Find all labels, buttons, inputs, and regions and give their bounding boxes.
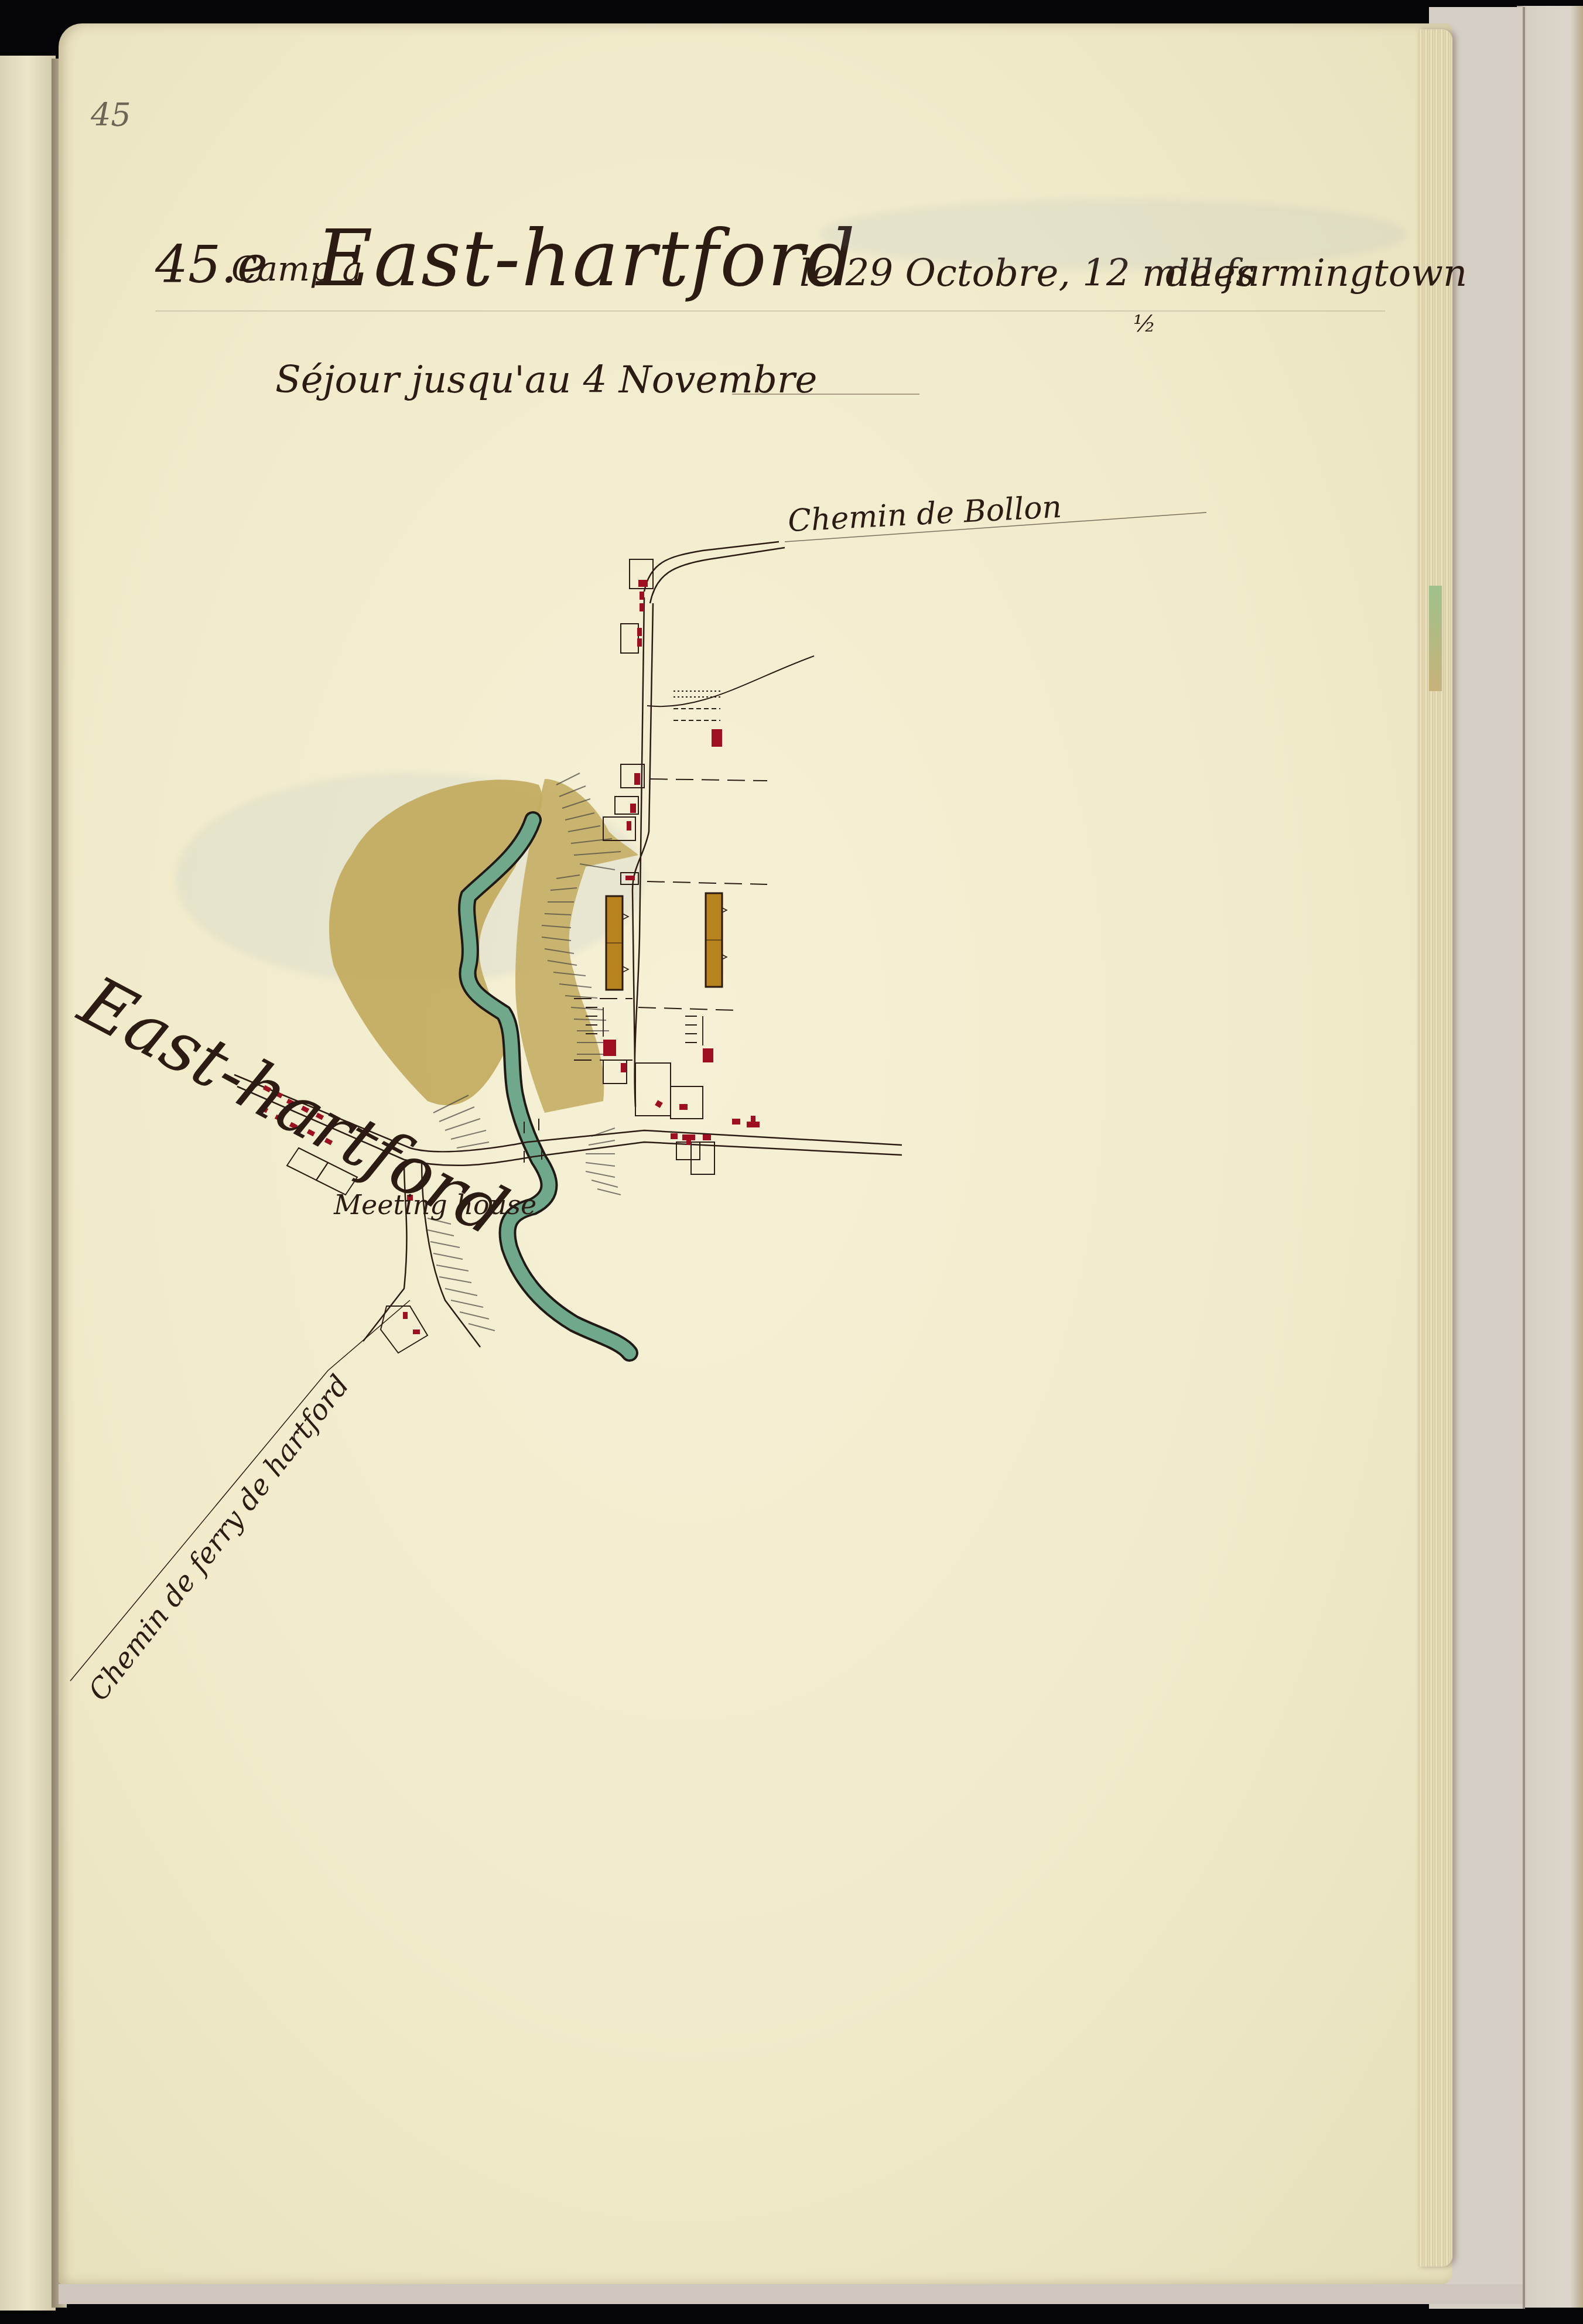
side-lane-north xyxy=(647,656,814,706)
road-bollon xyxy=(644,542,785,603)
label-meeting-house: Meeting house xyxy=(334,1189,536,1221)
map-drawing xyxy=(0,0,1583,2324)
